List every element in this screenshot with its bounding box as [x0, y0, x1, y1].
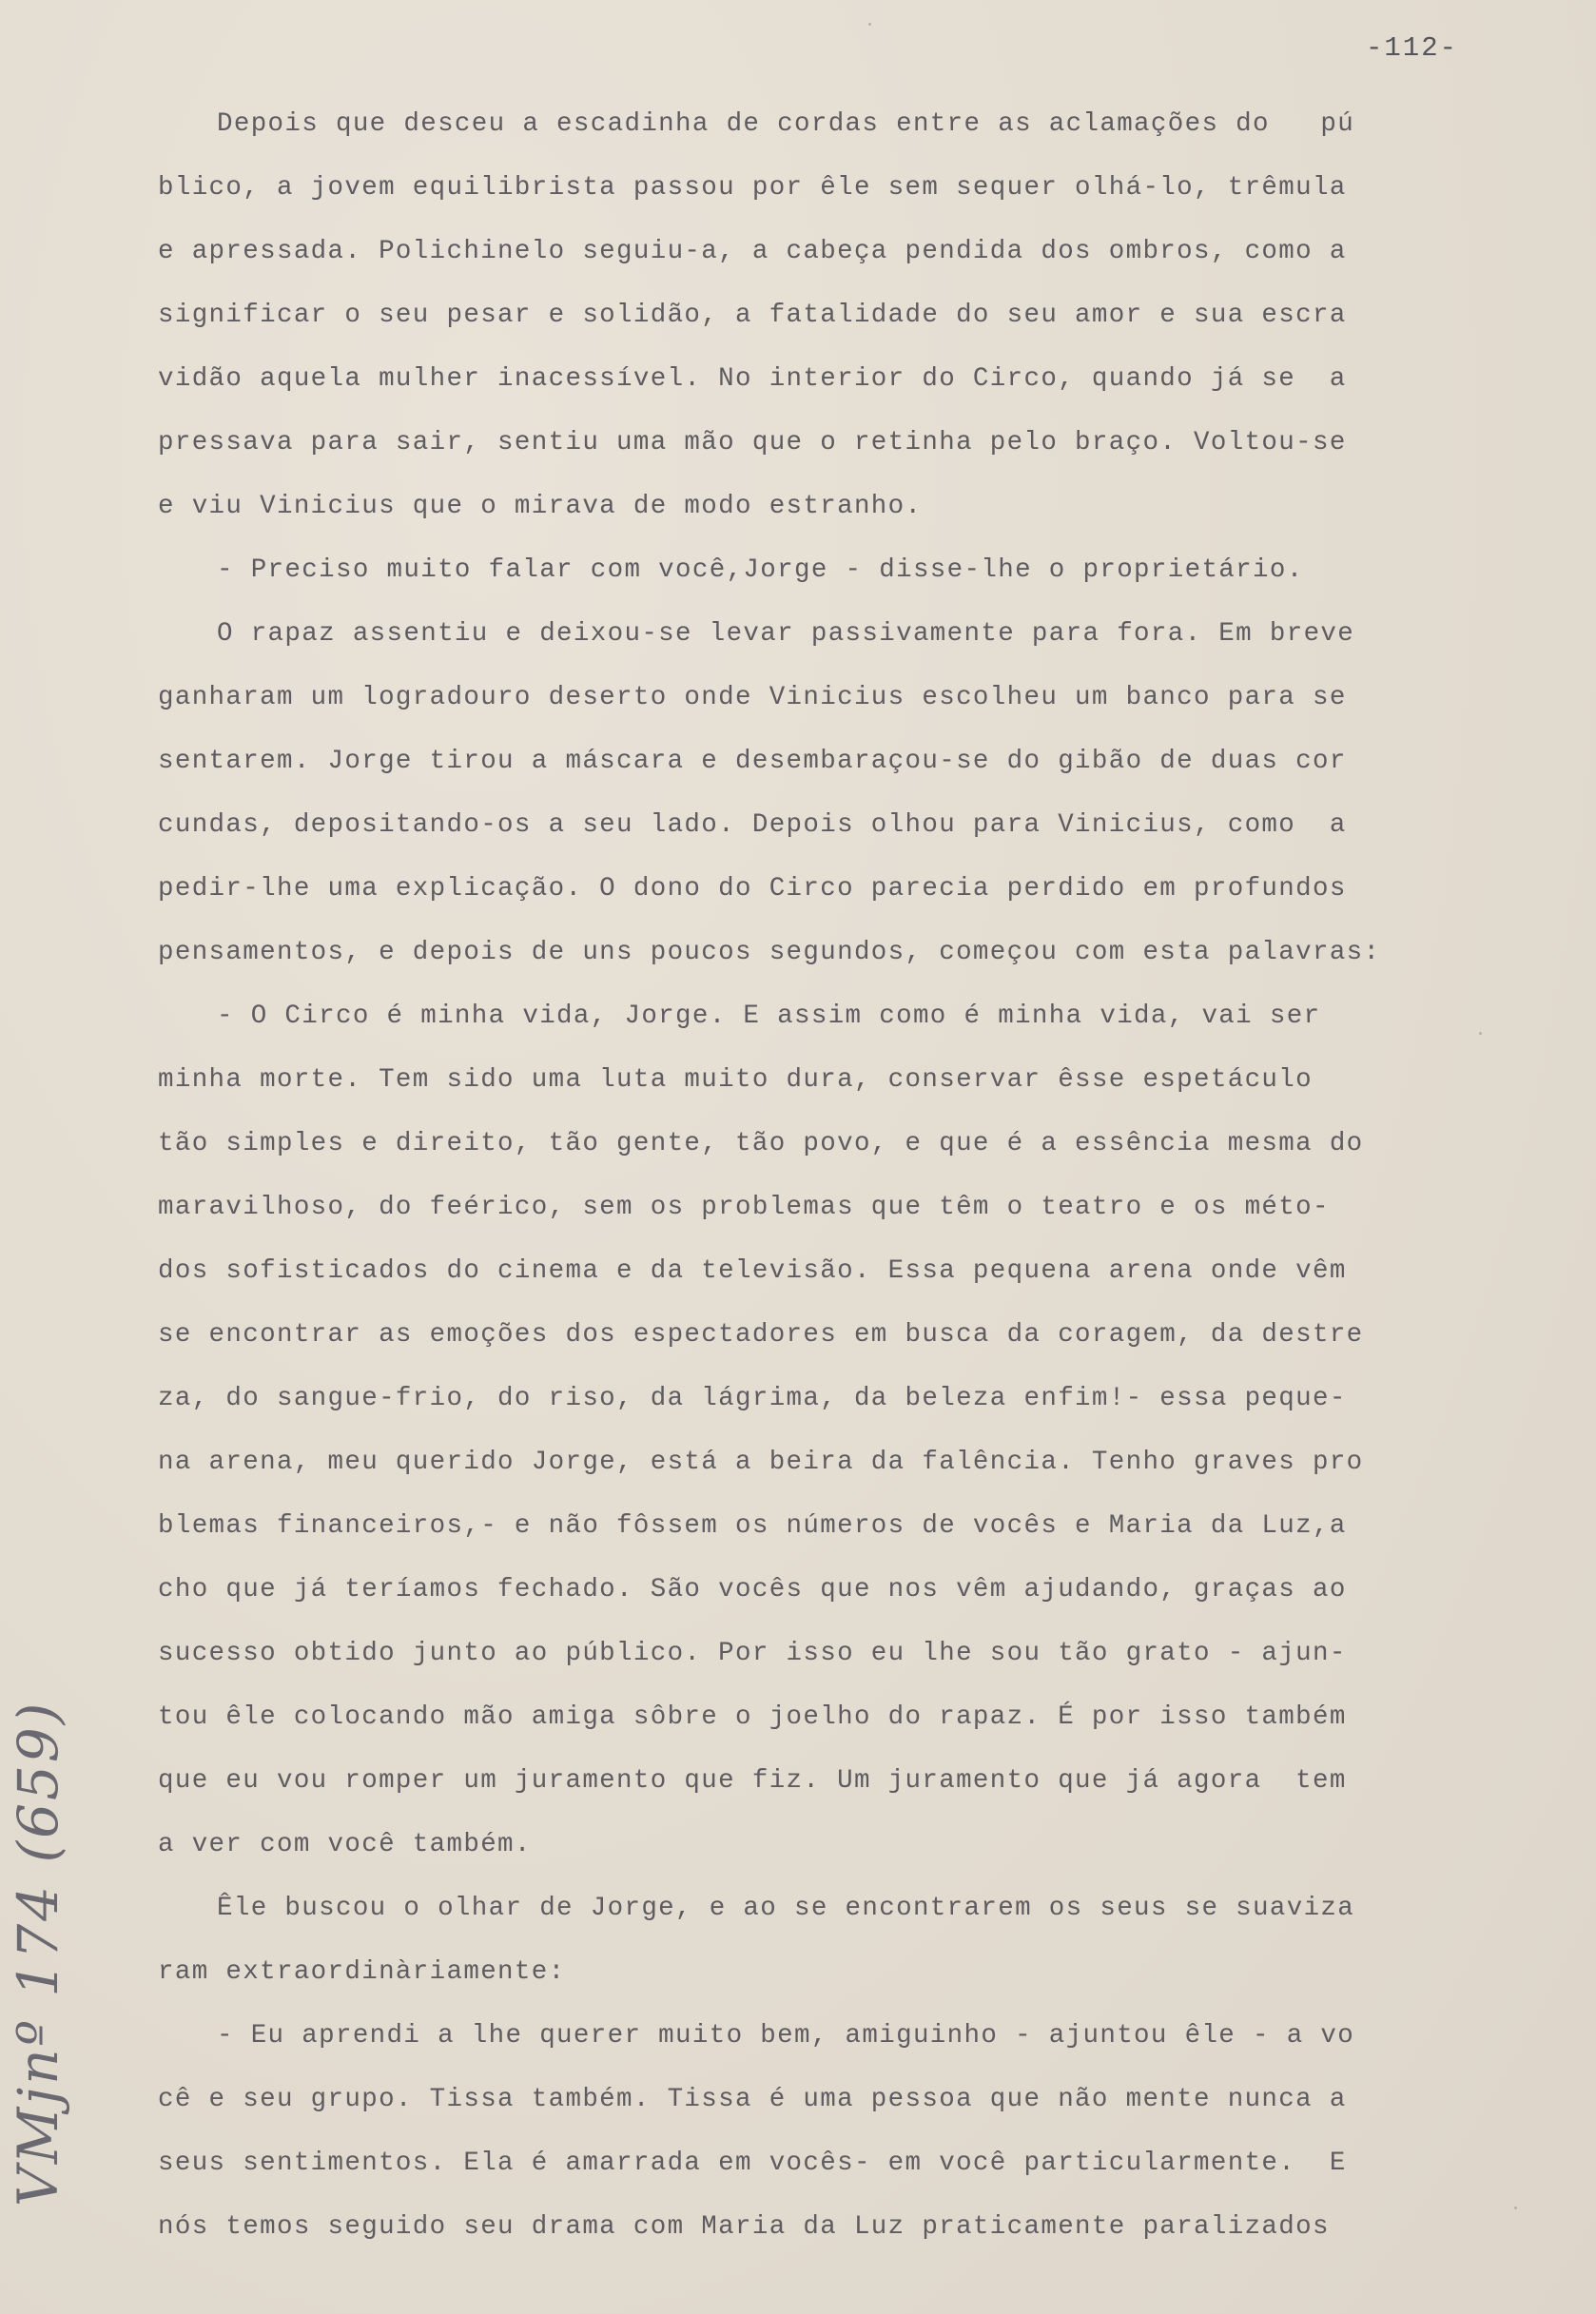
text-line: na arena, meu querido Jorge, está a beir… [158, 1441, 1499, 1505]
text-line: blico, a jovem equilibrista passou por ê… [158, 166, 1499, 230]
paper-speck [1514, 2207, 1517, 2209]
text-line: za, do sangue-frio, do riso, da lágrima,… [158, 1377, 1499, 1441]
text-line: blemas financeiros,- e não fôssem os núm… [158, 1505, 1499, 1568]
text-line: Depois que desceu a escadinha de cordas … [158, 103, 1499, 166]
text-line: sentarem. Jorge tirou a máscara e desemb… [158, 740, 1499, 804]
text-line: cho que já teríamos fechado. São vocês q… [158, 1568, 1499, 1632]
text-line: pedir-lhe uma explicação. O dono do Circ… [158, 867, 1499, 931]
text-line: nós temos seguido seu drama com Maria da… [158, 2206, 1499, 2269]
handwritten-margin-note: VMjnº 174 (659) [6, 1701, 70, 2207]
text-line: dos sofisticados do cinema e da televisã… [158, 1250, 1499, 1313]
text-line: - O Circo é minha vida, Jorge. E assim c… [158, 995, 1499, 1059]
text-line: e viu Vinicius que o mirava de modo estr… [158, 485, 1499, 549]
page-number: -112- [1366, 32, 1458, 64]
text-line: - Eu aprendi a lhe querer muito bem, ami… [158, 2014, 1499, 2078]
text-line: significar o seu pesar e solidão, a fata… [158, 294, 1499, 358]
text-line: vidão aquela mulher inacessível. No inte… [158, 358, 1499, 421]
typewritten-body: Depois que desceu a escadinha de cordas … [158, 103, 1499, 2269]
text-line: seus sentimentos. Ela é amarrada em você… [158, 2142, 1499, 2206]
text-line: se encontrar as emoções dos espectadores… [158, 1313, 1499, 1377]
text-line: cê e seu grupo. Tissa também. Tissa é um… [158, 2078, 1499, 2142]
text-line: Êle buscou o olhar de Jorge, e ao se enc… [158, 1887, 1499, 1951]
text-line: pensamentos, e depois de uns poucos segu… [158, 931, 1499, 995]
text-line: que eu vou romper um juramento que fiz. … [158, 1760, 1499, 1823]
paper-speck [1479, 1032, 1482, 1035]
text-line: tou êle colocando mão amiga sôbre o joel… [158, 1696, 1499, 1760]
text-line: pressava para sair, sentiu uma mão que o… [158, 421, 1499, 485]
text-line: cundas, depositando-os a seu lado. Depoi… [158, 804, 1499, 867]
text-line: a ver com você também. [158, 1823, 1499, 1887]
text-line: maravilhoso, do feérico, sem os problema… [158, 1186, 1499, 1250]
text-line: minha morte. Tem sido uma luta muito dur… [158, 1059, 1499, 1122]
text-line: tão simples e direito, tão gente, tão po… [158, 1122, 1499, 1186]
paper-speck [868, 23, 871, 26]
text-line: ganharam um logradouro deserto onde Vini… [158, 676, 1499, 740]
text-line: ram extraordinàriamente: [158, 1951, 1499, 2014]
text-line: sucesso obtido junto ao público. Por iss… [158, 1632, 1499, 1696]
text-line: e apressada. Polichinelo seguiu-a, a cab… [158, 230, 1499, 294]
text-line: - Preciso muito falar com você,Jorge - d… [158, 549, 1499, 613]
text-line: O rapaz assentiu e deixou-se levar passi… [158, 613, 1499, 676]
